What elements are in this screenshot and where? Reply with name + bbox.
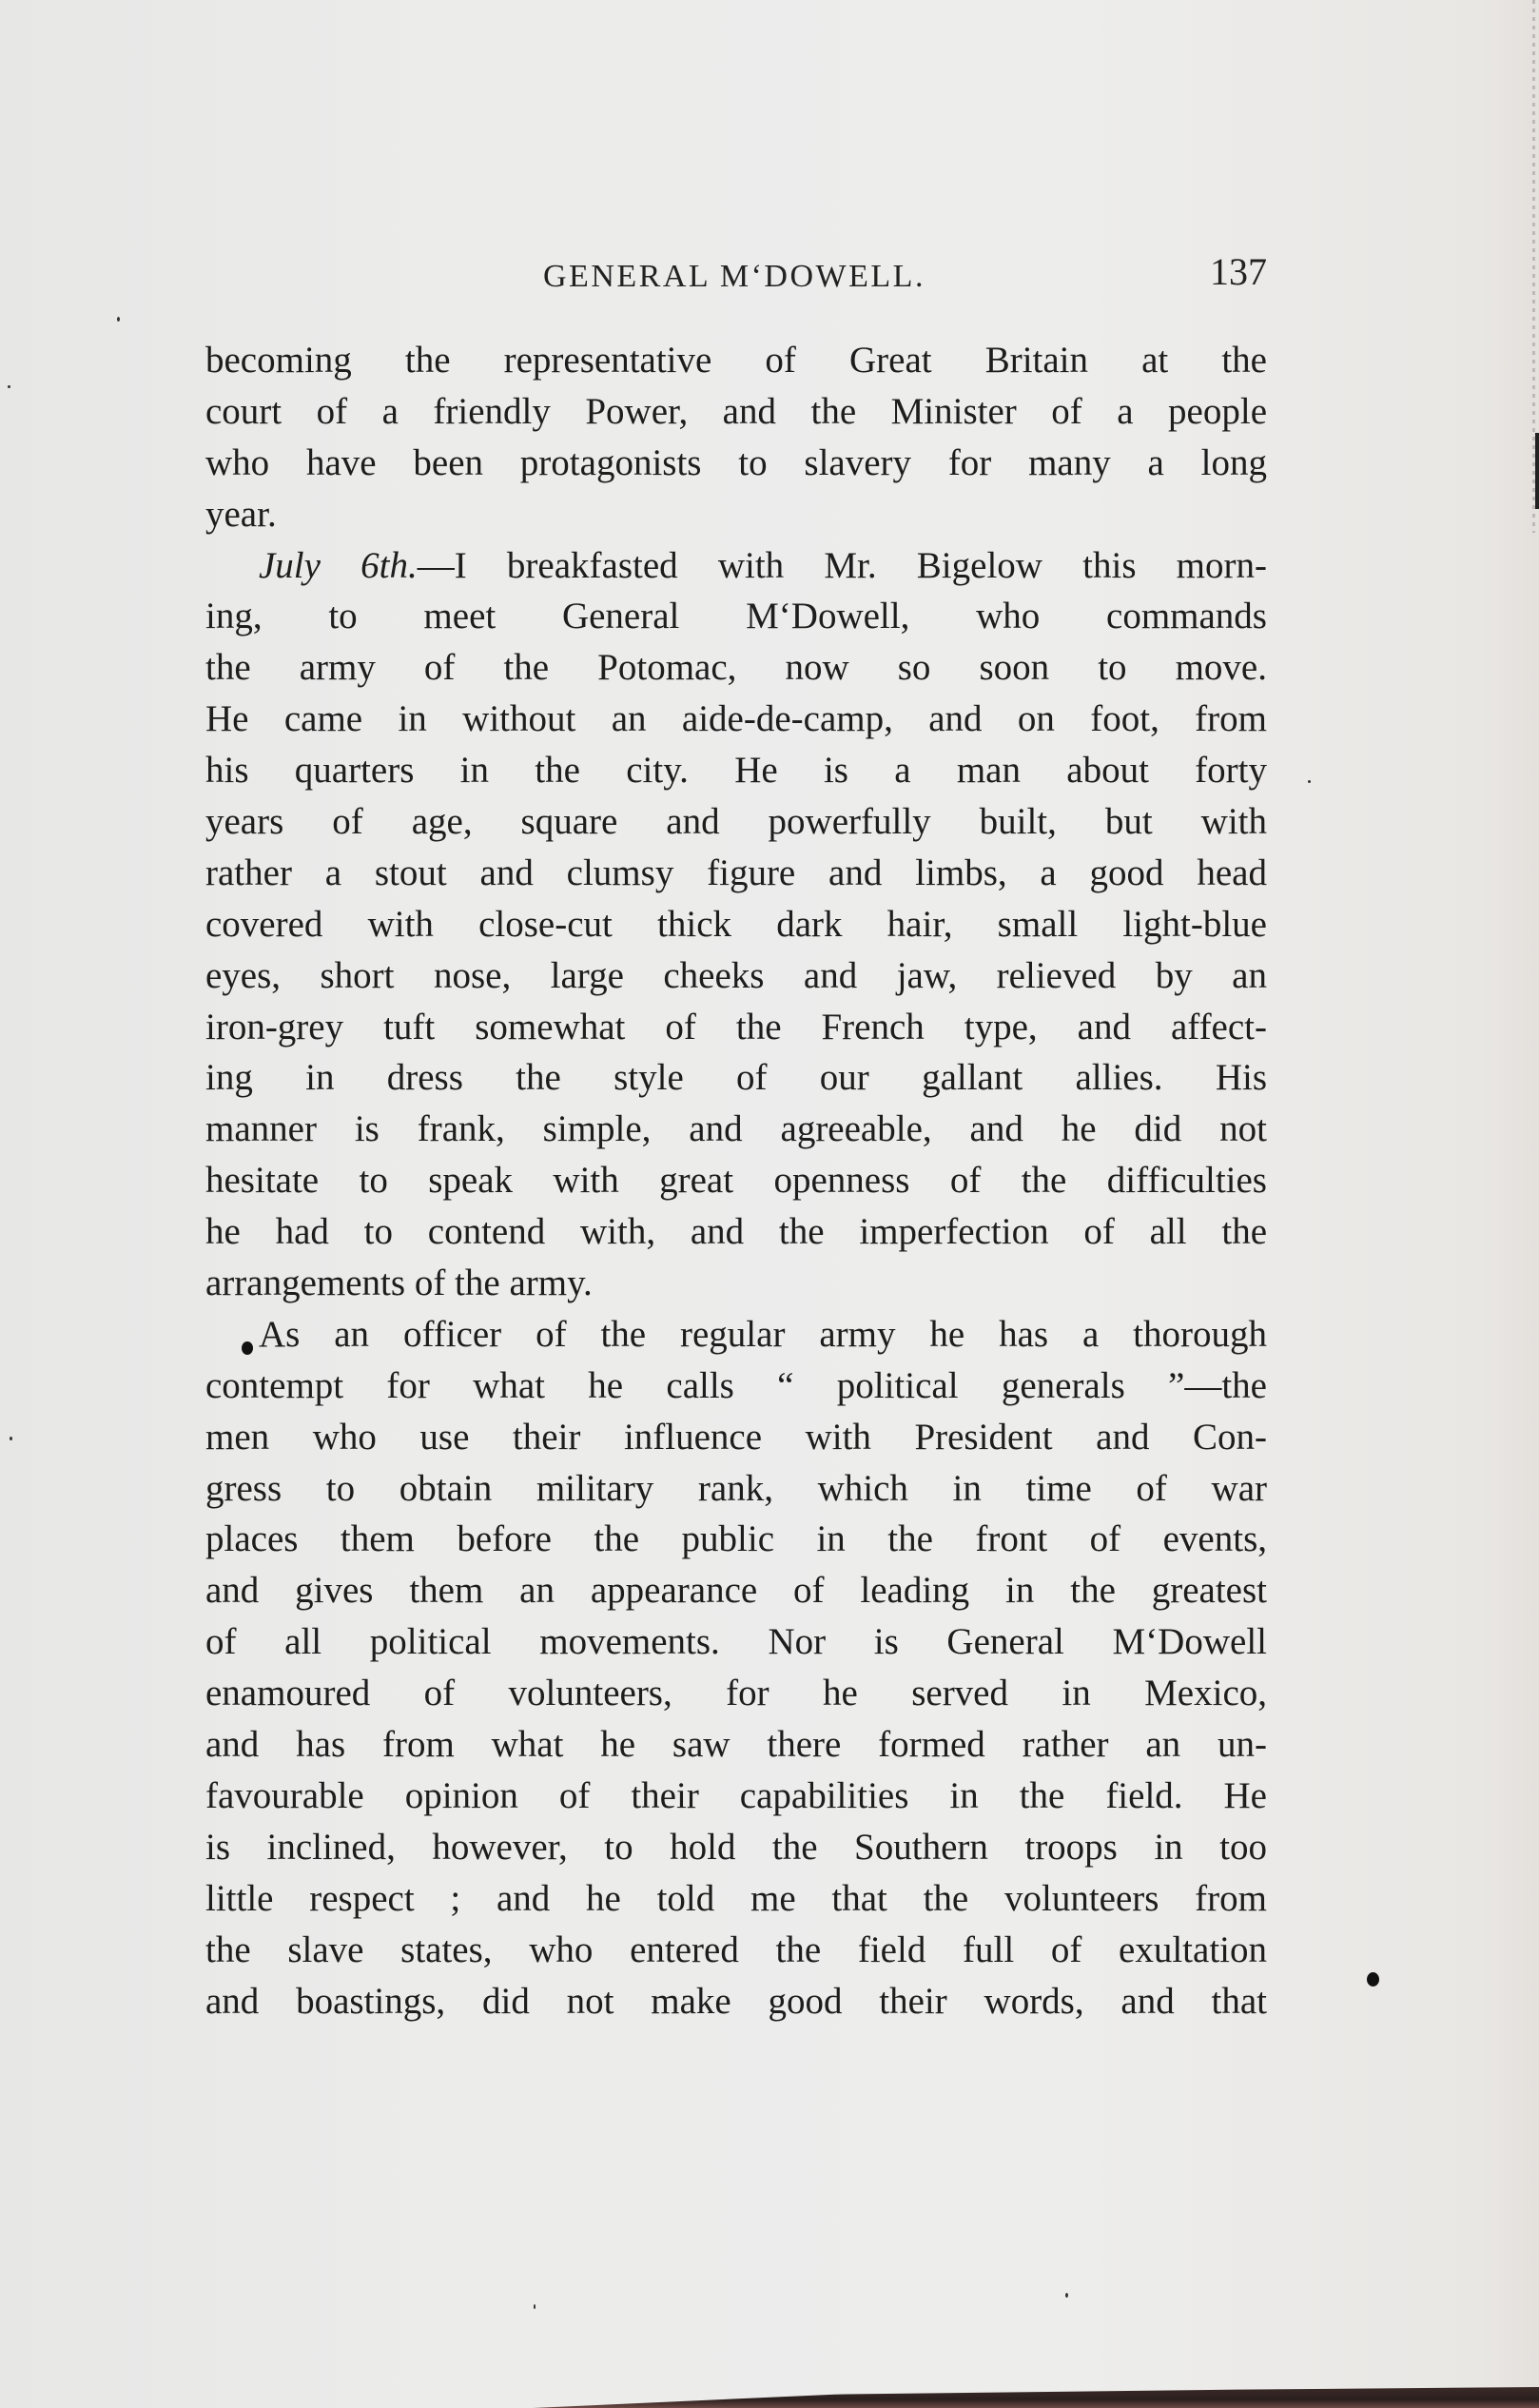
text-line: who have been protagonists to slavery fo…	[205, 438, 1267, 489]
text-line: enamoured of volunteers, for he served i…	[205, 1668, 1267, 1719]
entry-date: July 6th.	[259, 545, 418, 586]
text-line: He came in without an aide-de-camp, and …	[205, 694, 1267, 745]
text-line: of all political movements. Nor is Gener…	[205, 1616, 1267, 1668]
text-line: ing, to meet General M‘Dowell, who comma…	[205, 591, 1267, 642]
text-line: and gives them an appearance of leading …	[205, 1565, 1267, 1616]
running-head: General M‘Dowell. 137	[205, 249, 1267, 297]
text-line-dated-entry: July 6th.—I breakfasted with Mr. Bigelow…	[205, 540, 1267, 592]
entry-text: —I breakfasted with Mr. Bigelow this mor…	[418, 545, 1267, 586]
text-line: gress to obtain military rank, which in …	[205, 1463, 1267, 1515]
text-line: favourable opinion of their capabilities…	[205, 1771, 1267, 1822]
body-text: becoming the representative of Great Bri…	[205, 335, 1267, 2026]
text-line: he had to contend with, and the imperfec…	[205, 1206, 1267, 1258]
text-line: rather a stout and clumsy figure and lim…	[205, 848, 1267, 899]
page-number: 137	[1210, 249, 1267, 294]
paper-speck	[534, 2304, 536, 2309]
text-line: hesitate to speak with great openness of…	[205, 1155, 1267, 1206]
text-line: men who use their influence with Preside…	[205, 1412, 1267, 1463]
paper-speck	[1065, 2293, 1068, 2298]
text-line: is inclined, however, to hold the Southe…	[205, 1822, 1267, 1873]
paper-speck	[117, 317, 120, 322]
paper-speck	[8, 385, 10, 388]
paper-speck	[10, 1437, 12, 1440]
text-line: iron-grey tuft somewhat of the French ty…	[205, 1002, 1267, 1053]
text-line: and boastings, did not make good their w…	[205, 1976, 1267, 2027]
text-line: his quarters in the city. He is a man ab…	[205, 745, 1267, 796]
text-line: the slave states, who entered the field …	[205, 1925, 1267, 1976]
text-line: little respect ; and he told me that the…	[205, 1873, 1267, 1925]
text-line: year.	[205, 489, 1267, 540]
text-line: As an officer of the regular army he has…	[205, 1309, 1267, 1361]
text-line: manner is frank, simple, and agreeable, …	[205, 1104, 1267, 1155]
text-line: eyes, short nose, large cheeks and jaw, …	[205, 950, 1267, 1002]
text-line: years of age, square and powerfully buil…	[205, 796, 1267, 848]
ink-blot	[1367, 1972, 1379, 1987]
running-head-title: General M‘Dowell.	[543, 259, 925, 295]
paper-speck	[1308, 780, 1311, 783]
page-edge-shadow	[1535, 433, 1539, 509]
text-line: the army of the Potomac, now so soon to …	[205, 642, 1267, 694]
text-line: covered with close-cut thick dark hair, …	[205, 899, 1267, 950]
text-line: and has from what he saw there formed ra…	[205, 1719, 1267, 1771]
text-line: court of a friendly Power, and the Minis…	[205, 386, 1267, 438]
ink-blot	[242, 1341, 253, 1355]
text-line: arrangements of the army.	[205, 1258, 1267, 1309]
scan-background-strip	[533, 2387, 1539, 2408]
text-line: contempt for what he calls “ political g…	[205, 1361, 1267, 1412]
book-page: General M‘Dowell. 137 becoming the repre…	[0, 0, 1539, 2408]
text-line: ing in dress the style of our gallant al…	[205, 1052, 1267, 1104]
text-line: places them before the public in the fro…	[205, 1514, 1267, 1565]
text-line: becoming the representative of Great Bri…	[205, 335, 1267, 386]
